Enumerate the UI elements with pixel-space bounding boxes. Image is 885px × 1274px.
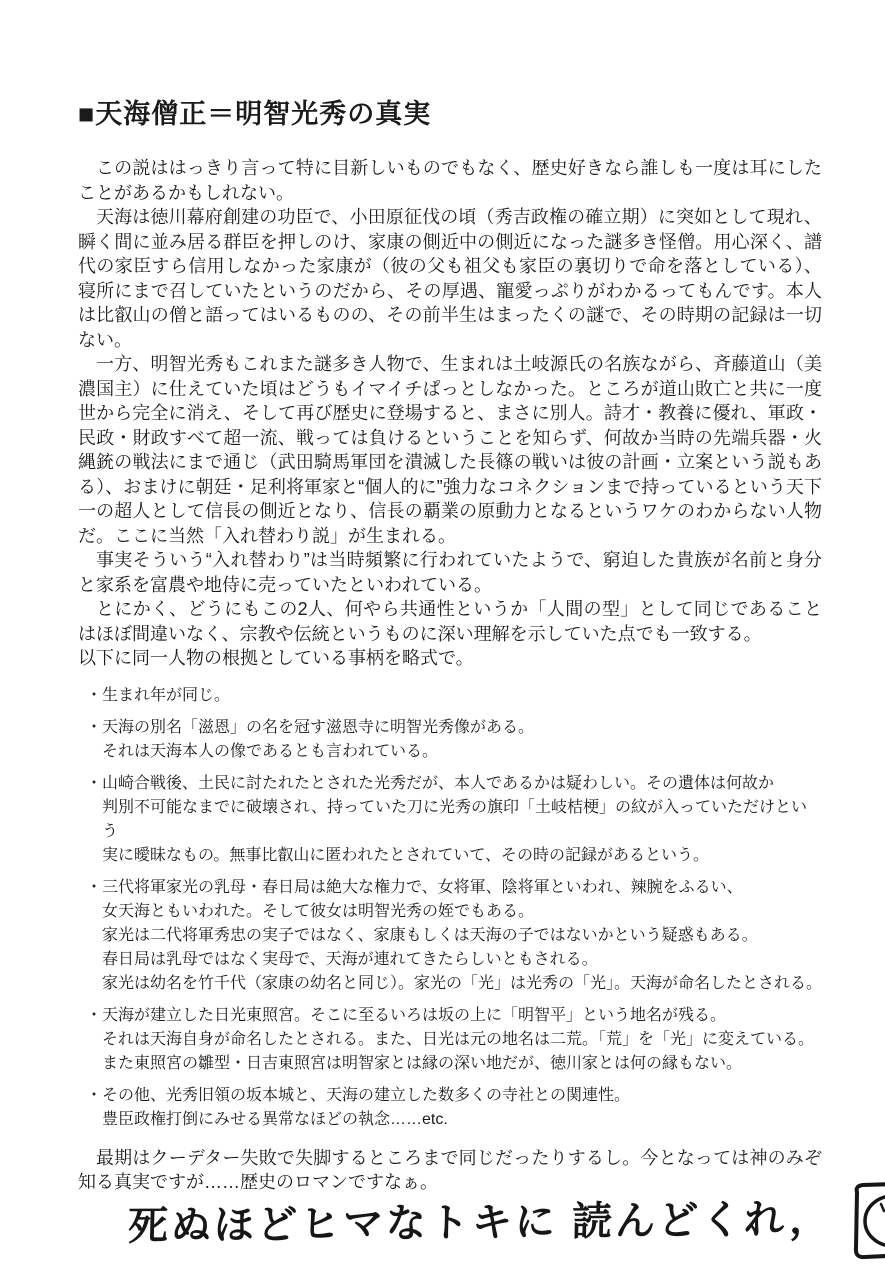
body-paragraph-4: 事実そういう“入れ替わり”は当時頻繁に行われていたようで、窮迫した貴族が名前と身… <box>78 548 822 597</box>
scanned-document-page: ■天海僧正＝明智光秀の真実 この説ははっきり言って特に目新しいものでもなく、歴史… <box>0 0 885 1274</box>
handwritten-footer: 死ぬほどヒマなトキに 読んどくれ， <box>128 1172 768 1267</box>
bullet-item-2: ・天海の別名「滋恩」の名を冠す滋恩寺に明智光秀像がある。 それは天海本人の像であ… <box>86 716 822 764</box>
bullet-item-4: ・三代将軍家光の乳母・春日局は絶大な権力で、女将軍、陰将軍といわれ、辣腕をふるい… <box>86 876 822 996</box>
body-paragraph-1: この説ははっきり言って特に目新しいものでもなく、歴史好きなら誰しも一度は耳にした… <box>78 156 822 205</box>
body-paragraph-5: とにかく、どうにもこの2人、何やら共通性というか「人間の型」として同じであること… <box>78 597 822 646</box>
body-paragraph-2: 天海は徳川幕府創建の功臣で、小田原征伐の頃（秀吉政権の確立期）に突如として現れ、… <box>78 205 822 352</box>
bullet-item-6: ・その他、光秀旧領の坂本城と、天海の建立した数多くの寺社との関連性。 豊臣政権打… <box>86 1084 822 1132</box>
bullet-item-3: ・山崎合戦後、土民に討たれたとされた光秀だが、本人であるかは疑わしい。その遺体は… <box>86 772 822 868</box>
handwritten-note: 死ぬほどヒマなトキに 読んどくれ， <box>127 1187 833 1251</box>
list-intro: 以下に同一人物の根拠としている事柄を略式で。 <box>78 646 822 671</box>
text-column: ■天海僧正＝明智光秀の真実 この説ははっきり言って特に目新しいものでもなく、歴史… <box>78 98 822 1195</box>
body-paragraph-3: 一方、明智光秀もこれまた謎多き人物で、生まれは土岐源氏の名族ながら、斉藤道山（美… <box>78 352 822 548</box>
bullet-item-1: ・生まれ年が同じ。 <box>86 684 822 708</box>
smiley-face-doodle <box>847 1180 885 1260</box>
page-title: ■天海僧正＝明智光秀の真実 <box>78 98 822 130</box>
evidence-bullet-list: ・生まれ年が同じ。 ・天海の別名「滋恩」の名を冠す滋恩寺に明智光秀像がある。 そ… <box>86 684 822 1132</box>
bullet-item-5: ・天海が建立した日光東照宮。そこに至るいろは坂の上に「明智平」という地名が残る。… <box>86 1004 822 1076</box>
